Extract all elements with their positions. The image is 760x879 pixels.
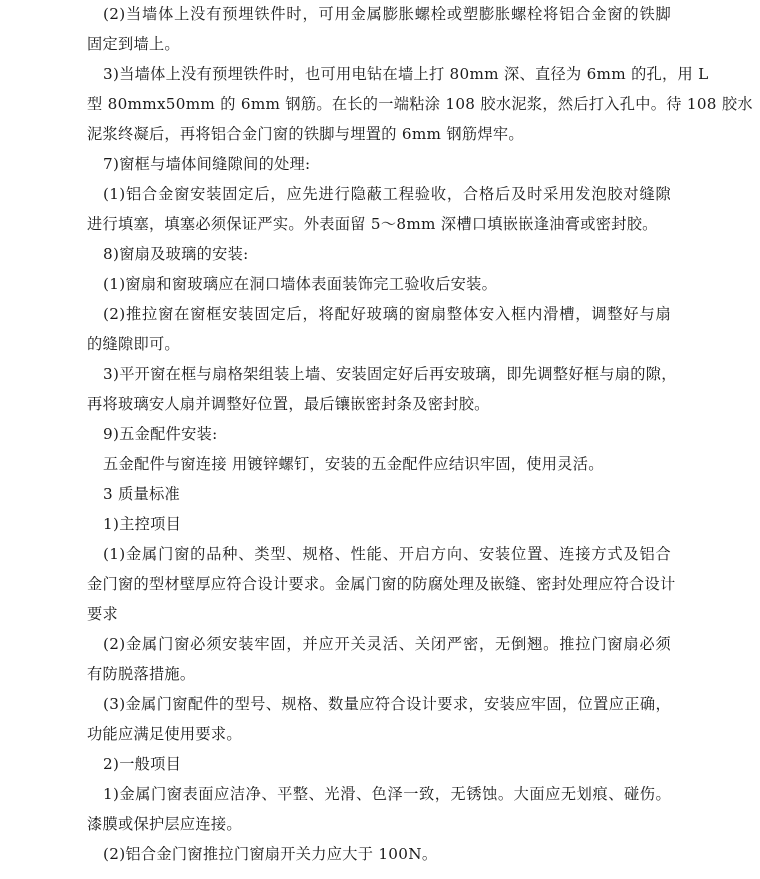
text-line: 五金配件与窗连接 用镀锌螺钉，安装的五金配件应结识牢固，使用灵活。: [87, 449, 671, 479]
text-line: (3)金属门窗配件的型号、规格、数量应符合设计要求，安装应牢固，位置应正确，: [87, 689, 671, 719]
section-heading-8: 8)窗扇及玻璃的安装:: [87, 239, 671, 269]
text-line: 金门窗的型材壁厚应符合设计要求。金属门窗的防腐处理及嵌缝、密封处理应符合设计: [87, 569, 671, 599]
text-line: 功能应满足使用要求。: [87, 719, 671, 749]
document-page: (2)当墙体上没有预埋铁件时，可用金属膨胀螺栓或塑膨胀螺栓将铝合金窗的铁脚 固定…: [87, 0, 671, 869]
text-line: 漆膜或保护层应连接。: [87, 809, 671, 839]
subsection-heading-main-control: 1)主控项目: [87, 509, 671, 539]
text-line: 的缝隙即可。: [87, 329, 671, 359]
text-line: 进行填塞，填塞必须保证严实。外表面留 5～8mm 深槽口填嵌嵌逢油膏或密封胶。: [87, 209, 671, 239]
text-line: 型 80mmx50mm 的 6mm 钢筋。在长的一端粘涂 108 胶水泥浆，然后…: [87, 89, 671, 119]
text-line: (2)金属门窗必须安装牢固，并应开关灵活、关闭严密，无倒翘。推拉门窗扇必须: [87, 629, 671, 659]
text-line: 泥浆终凝后，再将铝合金门窗的铁脚与埋置的 6mm 钢筋焊牢。: [87, 119, 671, 149]
text-line: 要求: [87, 599, 671, 629]
text-line: (1)窗扇和窗玻璃应在洞口墙体表面装饰完工验收后安装。: [87, 269, 671, 299]
text-line: 3)平开窗在框与扇格架组装上墙、安装固定好后再安玻璃，即先调整好框与扇的隙，: [87, 359, 671, 389]
text-line: (2)当墙体上没有预埋铁件时，可用金属膨胀螺栓或塑膨胀螺栓将铝合金窗的铁脚: [87, 0, 671, 29]
text-line: (2)铝合金门窗推拉门窗扇开关力应大于 100N。: [87, 839, 671, 869]
text-line: (2)推拉窗在窗框安装固定后，将配好玻璃的窗扇整体安入框内滑槽，调整好与扇: [87, 299, 671, 329]
text-line: 3)当墙体上没有预埋铁件时，也可用电钻在墙上打 80mm 深、直径为 6mm 的…: [87, 59, 671, 89]
text-line: (1)铝合金窗安装固定后，应先进行隐蔽工程验收，合格后及时采用发泡胶对缝隙: [87, 179, 671, 209]
text-line: 1)金属门窗表面应洁净、平整、光滑、色泽一致，无锈蚀。大面应无划痕、碰伤。: [87, 779, 671, 809]
text-line: (1)金属门窗的品种、类型、规格、性能、开启方向、安装位置、连接方式及铝合: [87, 539, 671, 569]
subsection-heading-general: 2)一般项目: [87, 749, 671, 779]
section-heading-7: 7)窗框与墙体间缝隙间的处理:: [87, 149, 671, 179]
section-heading-9: 9)五金配件安装:: [87, 419, 671, 449]
text-line: 有防脱落措施。: [87, 659, 671, 689]
text-line: 固定到墙上。: [87, 29, 671, 59]
text-line: 再将玻璃安人扇并调整好位置，最后镶嵌密封条及密封胶。: [87, 389, 671, 419]
section-heading-quality: 3 质量标准: [87, 479, 671, 509]
